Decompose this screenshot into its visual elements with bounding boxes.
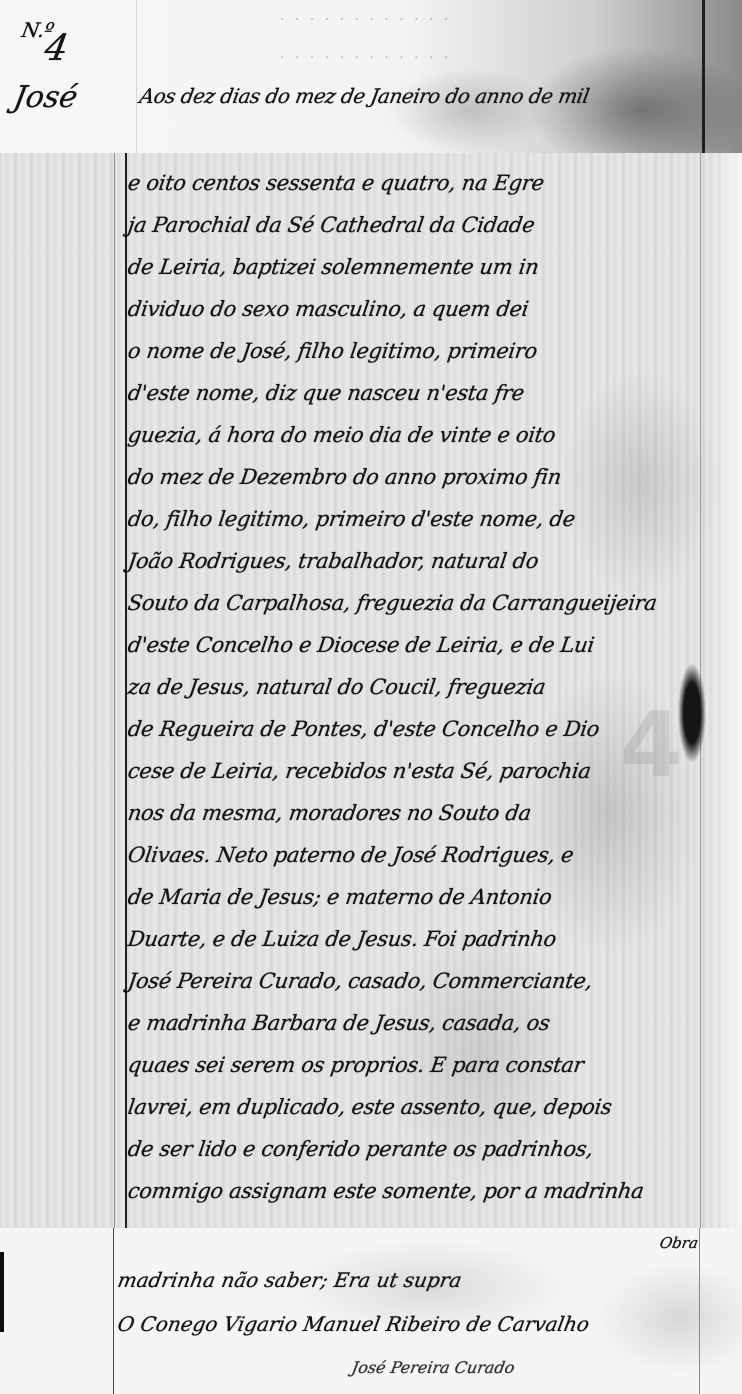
record-line: o nome de José, filho legitimo, primeiro	[127, 341, 710, 362]
record-line: Souto da Carpalhosa, freguezia da Carran…	[127, 593, 710, 614]
record-line: do, filho legitimo, primeiro d'este nome…	[127, 509, 710, 530]
record-line: guezia, á hora do meio dia de vinte e oi…	[127, 425, 710, 446]
record-line: Olivaes. Neto paterno de José Rodrigues,…	[127, 845, 710, 866]
margin-rule	[136, 0, 137, 153]
record-line: nos da mesma, moradores no Souto da	[127, 803, 710, 824]
record-line: de Maria de Jesus; e materno de Antonio	[127, 887, 710, 908]
margin-name: José	[11, 80, 80, 115]
record-line: lavrei, em duplicado, este assento, que,…	[127, 1097, 710, 1118]
record-line: quaes sei serem os proprios. E para cons…	[127, 1055, 710, 1076]
page-edge-line	[702, 0, 705, 153]
header-line: Aos dez dias do mez de Janeiro do anno d…	[138, 84, 591, 108]
record-line: cese de Leiria, recebidos n'esta Sé, par…	[127, 761, 710, 782]
bleed-through-text: · · · · · · · · · · · ·	[280, 50, 451, 66]
margin-rule-inner	[114, 153, 115, 1228]
record-line: ja Parochial da Sé Cathedral da Cidade	[127, 215, 710, 236]
record-line: commigo assignam este somente, por a mad…	[127, 1181, 710, 1202]
header-strip: · · · · · · · · · · · · · · · · · · · · …	[0, 0, 742, 153]
margin-rule	[113, 1228, 114, 1394]
record-line: João Rodrigues, trabalhador, natural do	[127, 551, 710, 572]
record-line: za de Jesus, natural do Coucil, freguezi…	[127, 677, 710, 698]
bleed-through-text: · · · · · · · · · · · ·	[280, 12, 451, 28]
record-line: de ser lido e conferido perante os padri…	[127, 1139, 710, 1160]
record-line: do mez de Dezembro do anno proximo fin	[127, 467, 710, 488]
record-line: Duarte, e de Luiza de Jesus. Foi padrinh…	[127, 929, 710, 950]
record-body-strip: 4 e oito centos sessenta e quatro, na Eg…	[0, 153, 742, 1228]
record-line: dividuo do sexo masculino, a quem dei	[127, 299, 710, 320]
right-rule	[699, 1228, 700, 1394]
record-line: d'este nome, diz que nasceu n'esta fre	[127, 383, 710, 404]
record-line: de Regueira de Pontes, d'este Concelho e…	[127, 719, 710, 740]
priest-signature: O Conego Vigario Manuel Ribeiro de Carva…	[116, 1312, 591, 1336]
record-line: José Pereira Curado, casado, Commerciant…	[127, 971, 710, 992]
watermark-mark: 4	[620, 693, 683, 798]
footer-line: madrinha não saber; Era ut supra	[116, 1268, 464, 1292]
godfather-signature: José Pereira Curado	[350, 1358, 516, 1377]
record-line: de Leiria, baptizei solemnemente um in	[127, 257, 710, 278]
record-line: d'este Concelho e Diocese de Leiria, e d…	[127, 635, 710, 656]
record-line: e oito centos sessenta e quatro, na Egre	[127, 173, 710, 194]
signature-strip: Obra madrinha não saber; Era ut supra O …	[0, 1228, 742, 1394]
corner-note: Obra	[658, 1234, 699, 1252]
scan-edge-mark	[0, 1252, 4, 1332]
record-line: e madrinha Barbara de Jesus, casada, os	[127, 1013, 710, 1034]
